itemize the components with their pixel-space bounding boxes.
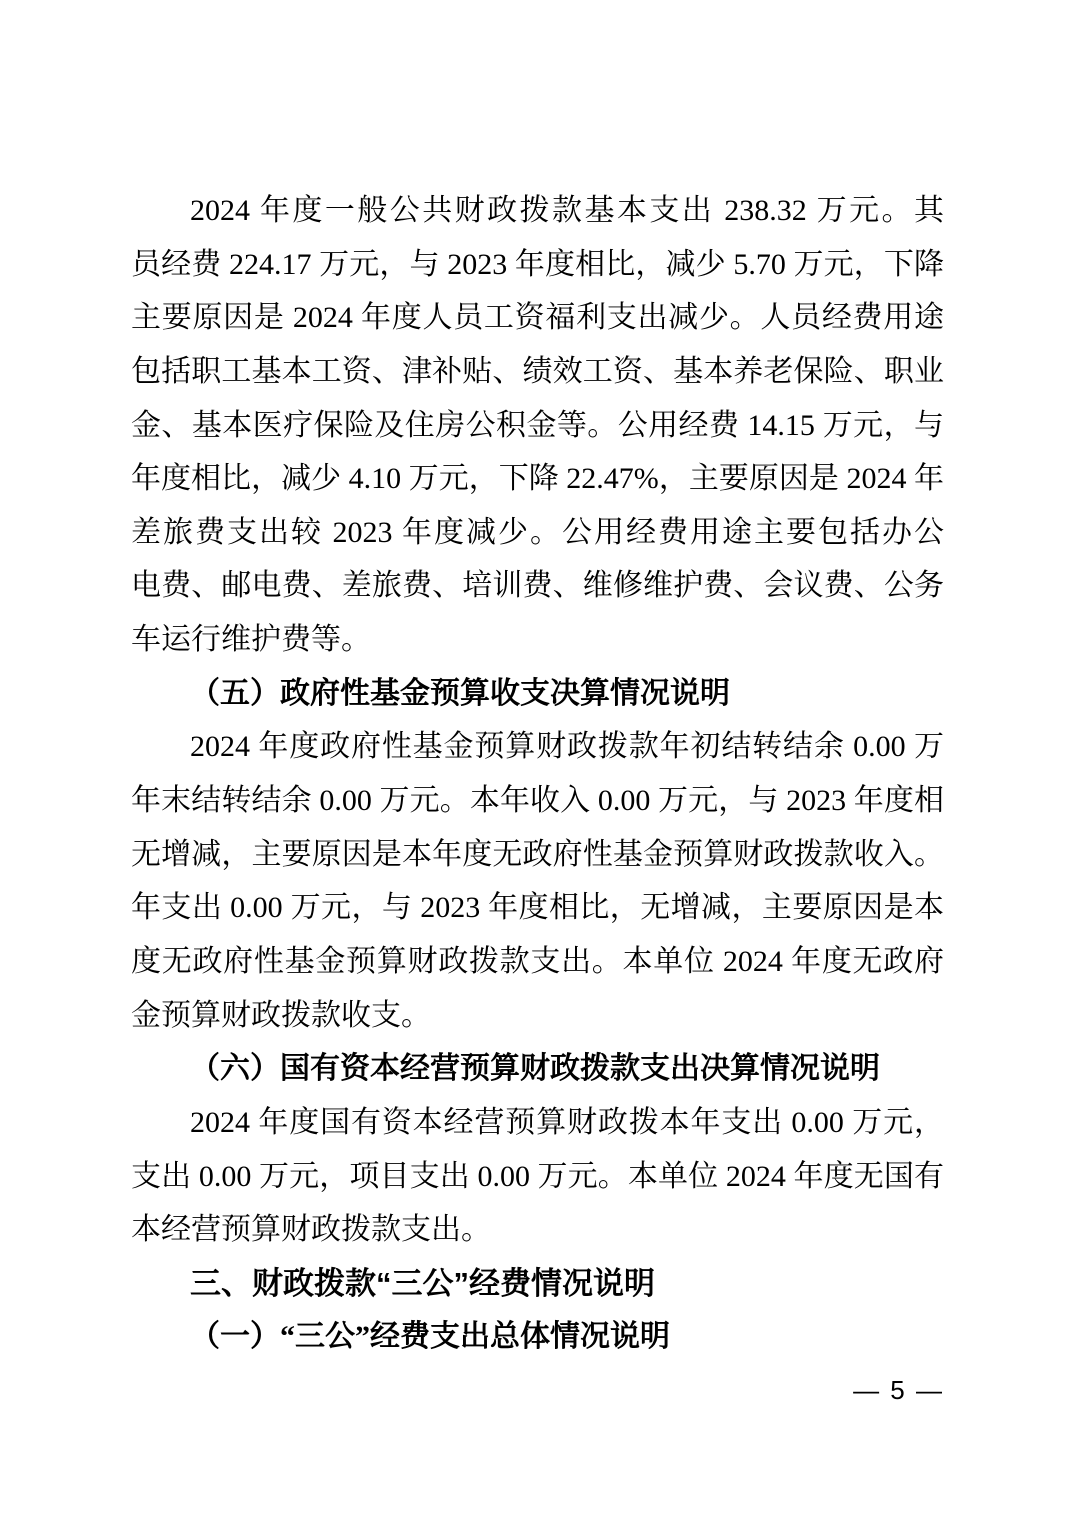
text-line: 无增减，主要原因是本年度无政府性基金预算财政拨款收入。本	[131, 828, 944, 882]
text-line: 车运行维护费等。	[131, 613, 944, 667]
text-line: 主要原因是 2024 年度人员工资福利支出减少。人员经费用途主要	[131, 291, 944, 345]
text-line: 金预算财政拨款收支。	[131, 989, 944, 1043]
text-line: 2024 年度一般公共财政拨款基本支出 238.32 万元。其中：人	[131, 184, 944, 238]
paragraph-government-fund: 2024 年度政府性基金预算财政拨款年初结转结余 0.00 万元， 年末结转结余…	[131, 720, 944, 1042]
text-line: 电费、邮电费、差旅费、培训费、维修维护费、会议费、公务用	[131, 559, 944, 613]
document-page: 2024 年度一般公共财政拨款基本支出 238.32 万元。其中：人 员经费 2…	[0, 0, 1075, 1520]
text-line: 差旅费支出较 2023 年度减少。公用经费用途主要包括办公费、水	[131, 506, 944, 560]
text-line: 2024 年度国有资本经营预算财政拨本年支出 0.00 万元，基本	[131, 1096, 944, 1150]
section-heading-5: （五）政府性基金预算收支决算情况说明	[131, 667, 944, 721]
text-line: 年支出 0.00 万元，与 2023 年度相比，无增减，主要原因是本年	[131, 881, 944, 935]
section-heading-6: （六）国有资本经营预算财政拨款支出决算情况说明	[131, 1042, 944, 1096]
document-text-block: 2024 年度一般公共财政拨款基本支出 238.32 万元。其中：人 员经费 2…	[131, 184, 944, 1418]
text-line: 年末结转结余 0.00 万元。本年收入 0.00 万元，与 2023 年度相比，	[131, 774, 944, 828]
section-heading-1-overview: （一）“三公”经费支出总体情况说明	[131, 1310, 944, 1364]
paragraph-state-capital: 2024 年度国有资本经营预算财政拨本年支出 0.00 万元，基本 支出 0.0…	[131, 1096, 944, 1257]
text-line: 本经营预算财政拨款支出。	[131, 1203, 944, 1257]
chapter-heading-three-public-funds: 三、财政拨款“三公”经费情况说明	[131, 1257, 944, 1311]
text-line: 度无政府性基金预算财政拨款支出。本单位 2024 年度无政府性基	[131, 935, 944, 989]
text-line: 包括职工基本工资、津补贴、绩效工资、基本养老保险、职业年	[131, 345, 944, 399]
text-line: 金、基本医疗保险及住房公积金等。公用经费 14.15 万元，与 2023	[131, 399, 944, 453]
text-line: 支出 0.00 万元，项目支出 0.00 万元。本单位 2024 年度无国有资	[131, 1150, 944, 1204]
text-line: 2024 年度政府性基金预算财政拨款年初结转结余 0.00 万元，	[131, 720, 944, 774]
paragraph-basic-expenditure: 2024 年度一般公共财政拨款基本支出 238.32 万元。其中：人 员经费 2…	[131, 184, 944, 667]
page-number: — 5 —	[131, 1364, 944, 1418]
text-line: 员经费 224.17 万元，与 2023 年度相比，减少 5.70 万元，下降 …	[131, 238, 944, 292]
text-line: 年度相比，减少 4.10 万元，下降 22.47%，主要原因是 2024 年度	[131, 452, 944, 506]
